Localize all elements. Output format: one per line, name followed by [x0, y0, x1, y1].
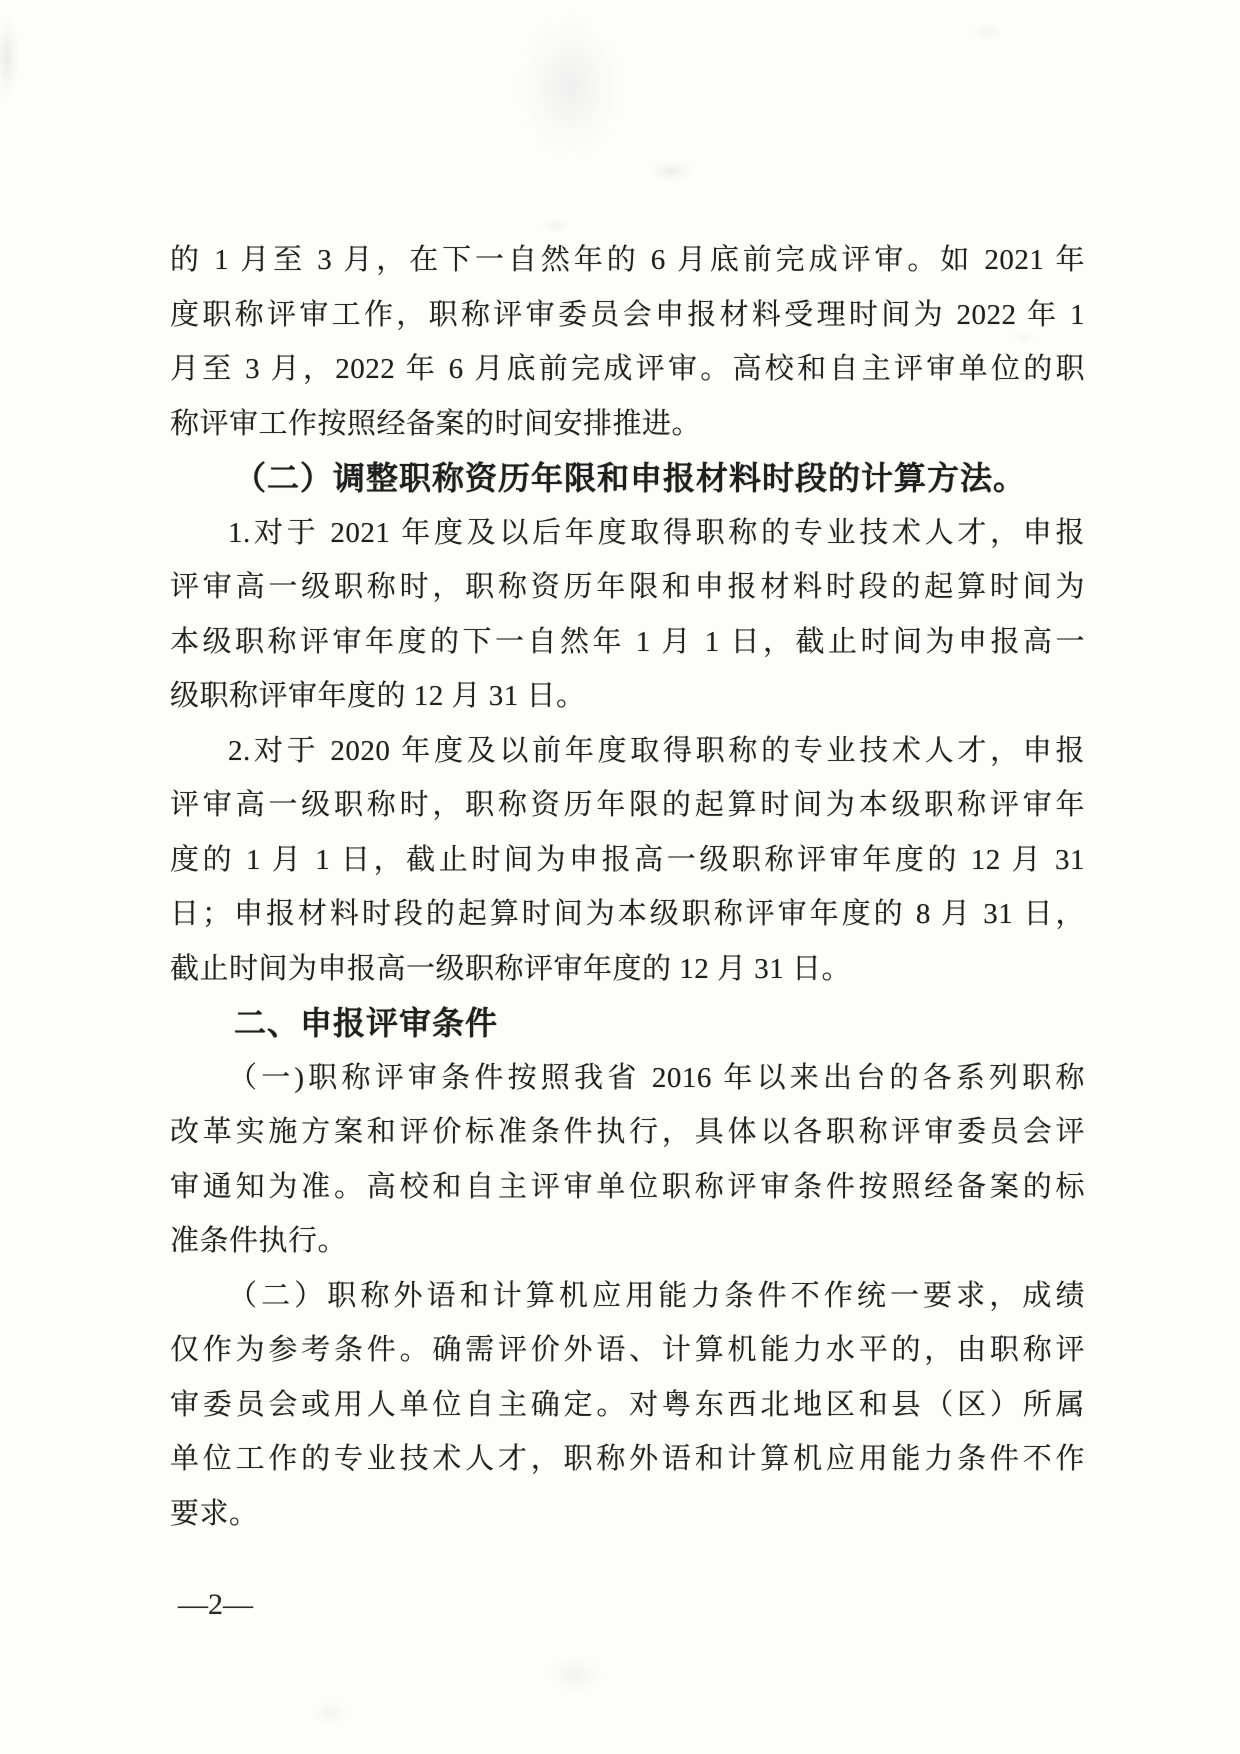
scanned-document-page: 的 1 月至 3 月，在下一自然年的 6 月底前完成评审。如 2021 年 度职…: [0, 0, 1240, 1754]
page-number: —2—: [178, 1583, 253, 1627]
body-line: 评审高一级职称时，职称资历年限和申报材料时段的起算时间为: [170, 560, 1085, 615]
body-line: 月至 3 月，2022 年 6 月底前完成评审。高校和自主评审单位的职: [170, 342, 1085, 397]
body-line: 截止时间为申报高一级职称评审年度的 12 月 31 日。: [170, 942, 1085, 997]
body-line: 度职称评审工作，职称评审委员会申报材料受理时间为 2022 年 1: [170, 288, 1085, 343]
body-line: 要求。: [170, 1487, 1085, 1542]
scan-artifact: [968, 22, 1004, 42]
body-line: 度的 1 月 1 日，截止时间为申报高一级职称评审年度的 12 月 31: [170, 833, 1085, 888]
body-line: 日；申报材料时段的起算时间为本级职称评审年度的 8 月 31 日，: [170, 887, 1085, 942]
body-line: 的 1 月至 3 月，在下一自然年的 6 月底前完成评审。如 2021 年: [170, 233, 1085, 288]
section-heading: （二）调整职称资历年限和申报材料时段的计算方法。: [170, 451, 1085, 506]
body-line: （一)职称评审条件按照我省 2016 年以来出台的各系列职称: [170, 1051, 1085, 1106]
scan-artifact: [648, 160, 694, 182]
body-line: 评审高一级职称时，职称资历年限的起算时间为本级职称评审年: [170, 778, 1085, 833]
body-line: 准条件执行。: [170, 1214, 1085, 1269]
body-line: 审委员会或用人单位自主确定。对粤东西北地区和县（区）所属: [170, 1378, 1085, 1433]
scan-artifact: [310, 1700, 350, 1726]
section-heading: 二、申报评审条件: [170, 996, 1085, 1051]
text-block: 的 1 月至 3 月，在下一自然年的 6 月底前完成评审。如 2021 年 度职…: [170, 233, 1085, 1541]
scan-artifact: [515, 12, 625, 162]
body-line: 2.对于 2020 年度及以前年度取得职称的专业技术人才，申报: [170, 724, 1085, 779]
body-line: 单位工作的专业技术人才，职称外语和计算机应用能力条件不作: [170, 1432, 1085, 1487]
body-line: 审通知为准。高校和自主评审单位职称评审条件按照经备案的标: [170, 1160, 1085, 1215]
body-line: 本级职称评审年度的下一自然年 1 月 1 日，截止时间为申报高一: [170, 615, 1085, 670]
body-line: 1.对于 2021 年度及以后年度取得职称的专业技术人才，申报: [170, 506, 1085, 561]
scan-artifact: [0, 12, 20, 102]
body-line: 称评审工作按照经备案的时间安排推进。: [170, 397, 1085, 452]
scan-artifact: [540, 218, 570, 234]
body-line: （二）职称外语和计算机应用能力条件不作统一要求，成绩: [170, 1269, 1085, 1324]
body-line: 级职称评审年度的 12 月 31 日。: [170, 669, 1085, 724]
body-line: 改革实施方案和评价标准条件执行，具体以各职称评审委员会评: [170, 1105, 1085, 1160]
scan-artifact: [545, 1655, 605, 1695]
body-line: 仅作为参考条件。确需评价外语、计算机能力水平的，由职称评: [170, 1323, 1085, 1378]
